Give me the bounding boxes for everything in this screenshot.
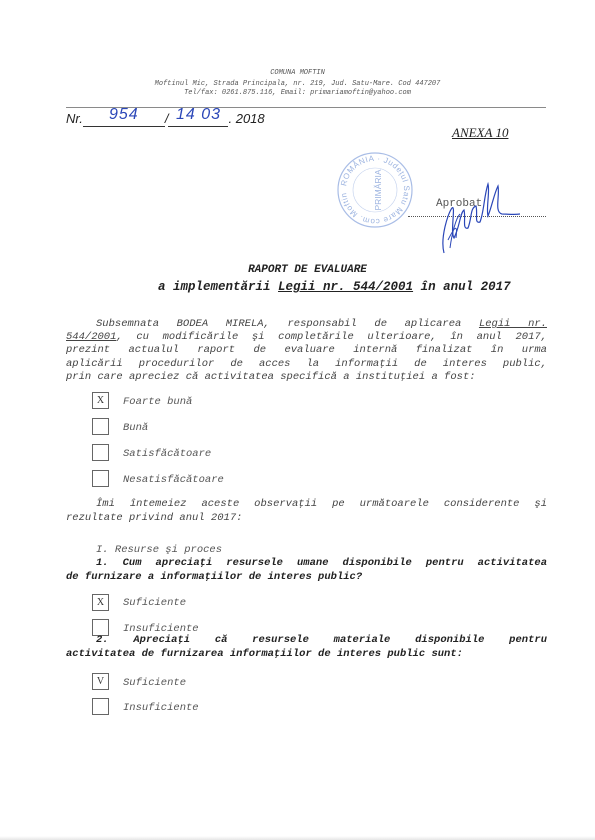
- registration-number-field: 954: [83, 111, 165, 127]
- checkbox-buna[interactable]: [92, 418, 109, 435]
- checkbox-foarte-buna[interactable]: X: [92, 392, 109, 409]
- institution-address: Moftinul Mic, Strada Principala, nr. 219…: [0, 80, 595, 88]
- handwritten-date: 14 03: [168, 106, 228, 124]
- checkbox-q1-suficiente[interactable]: X: [92, 594, 109, 611]
- registration-date-field: 14 03: [168, 111, 228, 127]
- registration-year: . 2018: [228, 111, 264, 126]
- question-1-line: de furnizare a informaţiilor de interes …: [66, 571, 547, 585]
- checkbox-q2-insuficiente[interactable]: [92, 698, 109, 715]
- intro-line: aplicării procedurilor de acces la infor…: [66, 358, 547, 371]
- institution-name: COMUNA MOFTIN: [0, 69, 595, 77]
- checkbox-satisfacatoare[interactable]: [92, 444, 109, 461]
- intro-text: Subsemnata BODEA MIRELA, responsabil de …: [96, 318, 479, 330]
- handwritten-number: 954: [83, 106, 165, 124]
- label-satisfacatoare: Satisfăcătoare: [123, 448, 211, 460]
- annex-label: ANEXA 10: [452, 125, 508, 141]
- label-nesatisfacatoare: Nesatisfăcătoare: [123, 474, 224, 486]
- question-1-line: 1. Cum apreciaţi resursele umane disponi…: [66, 557, 547, 571]
- section-title: I. Resurse şi proces: [96, 544, 222, 556]
- subtitle-prefix: a implementării: [158, 280, 278, 294]
- registration-number: Nr.954 /14 03 . 2018: [66, 111, 265, 127]
- scan-edge: [0, 836, 595, 840]
- signature-icon: [430, 178, 520, 258]
- report-subtitle: a implementării Legii nr. 544/2001 în an…: [158, 280, 511, 294]
- intro-text: , cu modificările şi completările ulteri…: [116, 331, 547, 343]
- considerations-line: rezultate privind anul 2017:: [66, 512, 547, 526]
- question-2-line: activitatea de furnizarea informaţiilor …: [66, 648, 547, 662]
- label-foarte-buna: Foarte bună: [123, 396, 192, 408]
- law-reference: 544/2001: [66, 331, 116, 343]
- intro-line: 544/2001, cu modificările şi completăril…: [66, 331, 547, 344]
- considerations-line: Îmi întemeiez aceste observaţii pe următ…: [66, 498, 547, 512]
- considerations-paragraph: Îmi întemeiez aceste observaţii pe următ…: [66, 498, 547, 525]
- law-reference: Legii nr.: [479, 318, 547, 330]
- registration-prefix: Nr.: [66, 111, 83, 126]
- intro-line: prezint actualul raport de evaluare inte…: [66, 344, 547, 357]
- label-q2-suficiente: Suficiente: [123, 677, 186, 689]
- checkbox-nesatisfacatoare[interactable]: [92, 470, 109, 487]
- question-2-line: 2. Apreciaţi că resursele materiale disp…: [66, 634, 547, 648]
- institution-contact: Tel/fax: 0261.875.116, Email: primariamo…: [0, 89, 595, 97]
- checkbox-q2-suficiente[interactable]: V: [92, 673, 109, 690]
- intro-line: Subsemnata BODEA MIRELA, responsabil de …: [66, 318, 547, 331]
- label-q1-suficiente: Suficiente: [123, 597, 186, 609]
- question-2: 2. Apreciaţi că resursele materiale disp…: [66, 634, 547, 661]
- subtitle-law-reference: Legii nr. 544/2001: [278, 280, 413, 294]
- handwritten-signature: [430, 178, 520, 258]
- svg-text:PRIMĂRIA: PRIMĂRIA: [373, 169, 383, 210]
- question-1: 1. Cum apreciaţi resursele umane disponi…: [66, 557, 547, 584]
- official-stamp: ROMÂNIA · Județul Satu Mare com. Moftin …: [336, 151, 414, 229]
- stamp-seal-icon: ROMÂNIA · Județul Satu Mare com. Moftin …: [336, 151, 414, 229]
- intro-paragraph: Subsemnata BODEA MIRELA, responsabil de …: [66, 318, 547, 384]
- intro-line: prin care apreciez că activitatea specif…: [66, 371, 547, 384]
- label-buna: Bună: [123, 422, 148, 434]
- label-q2-insuficiente: Insuficiente: [123, 702, 199, 714]
- report-title: RAPORT DE EVALUARE: [0, 264, 595, 276]
- subtitle-suffix: în anul 2017: [413, 280, 511, 294]
